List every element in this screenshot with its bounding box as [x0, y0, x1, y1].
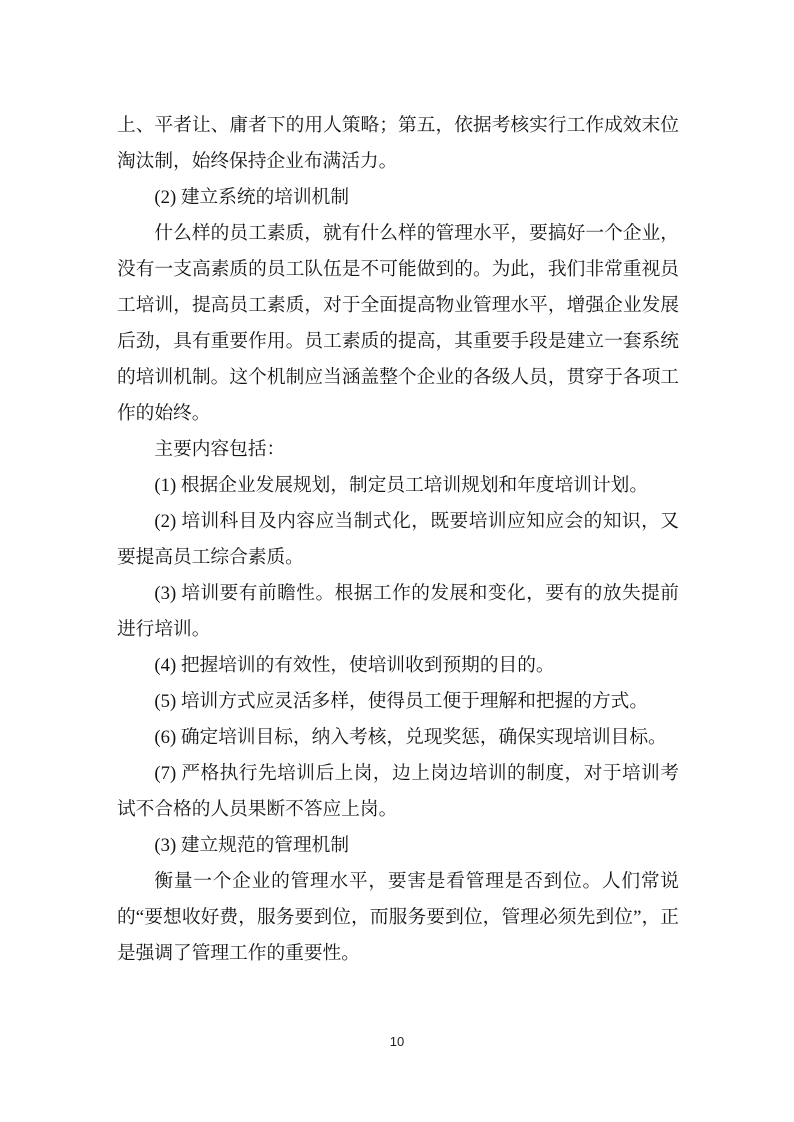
body-paragraph: (3) 培训要有前瞻性。根据工作的发展和变化，要有的放失提前进行培训。 [117, 576, 679, 648]
body-paragraph: (6) 确定培训目标，纳入考核，兑现奖惩，确保实现培训目标。 [117, 720, 679, 756]
body-paragraph: (2) 建立系统的培训机制 [117, 180, 679, 216]
body-paragraph: (3) 建立规范的管理机制 [117, 828, 679, 864]
body-paragraph: 主要内容包括： [117, 432, 679, 468]
body-paragraph: 什么样的员工素质，就有什么样的管理水平，要搞好一个企业，没有一支高素质的员工队伍… [117, 216, 679, 432]
body-paragraph: 衡量一个企业的管理水平，要害是看管理是否到位。人们常说的“要想收好费，服务要到位… [117, 864, 679, 972]
page-footer: 10 [0, 1033, 794, 1051]
body-paragraph: (5) 培训方式应灵活多样，使得员工便于理解和把握的方式。 [117, 684, 679, 720]
body-paragraph: 上、平者让、庸者下的用人策略；第五，依据考核实行工作成效末位淘汰制，始终保持企业… [117, 108, 679, 180]
body-paragraph: (7) 严格执行先培训后上岗，边上岗边培训的制度，对于培训考试不合格的人员果断不… [117, 756, 679, 828]
body-paragraph: (4) 把握培训的有效性，使培训收到预期的目的。 [117, 648, 679, 684]
document-body: 上、平者让、庸者下的用人策略；第五，依据考核实行工作成效末位淘汰制，始终保持企业… [117, 108, 679, 972]
document-page: 上、平者让、庸者下的用人策略；第五，依据考核实行工作成效末位淘汰制，始终保持企业… [0, 0, 794, 1122]
body-paragraph: (1) 根据企业发展规划，制定员工培训规划和年度培训计划。 [117, 468, 679, 504]
page-number: 10 [390, 1034, 404, 1049]
body-paragraph: (2) 培训科目及内容应当制式化，既要培训应知应会的知识，又要提高员工综合素质。 [117, 504, 679, 576]
